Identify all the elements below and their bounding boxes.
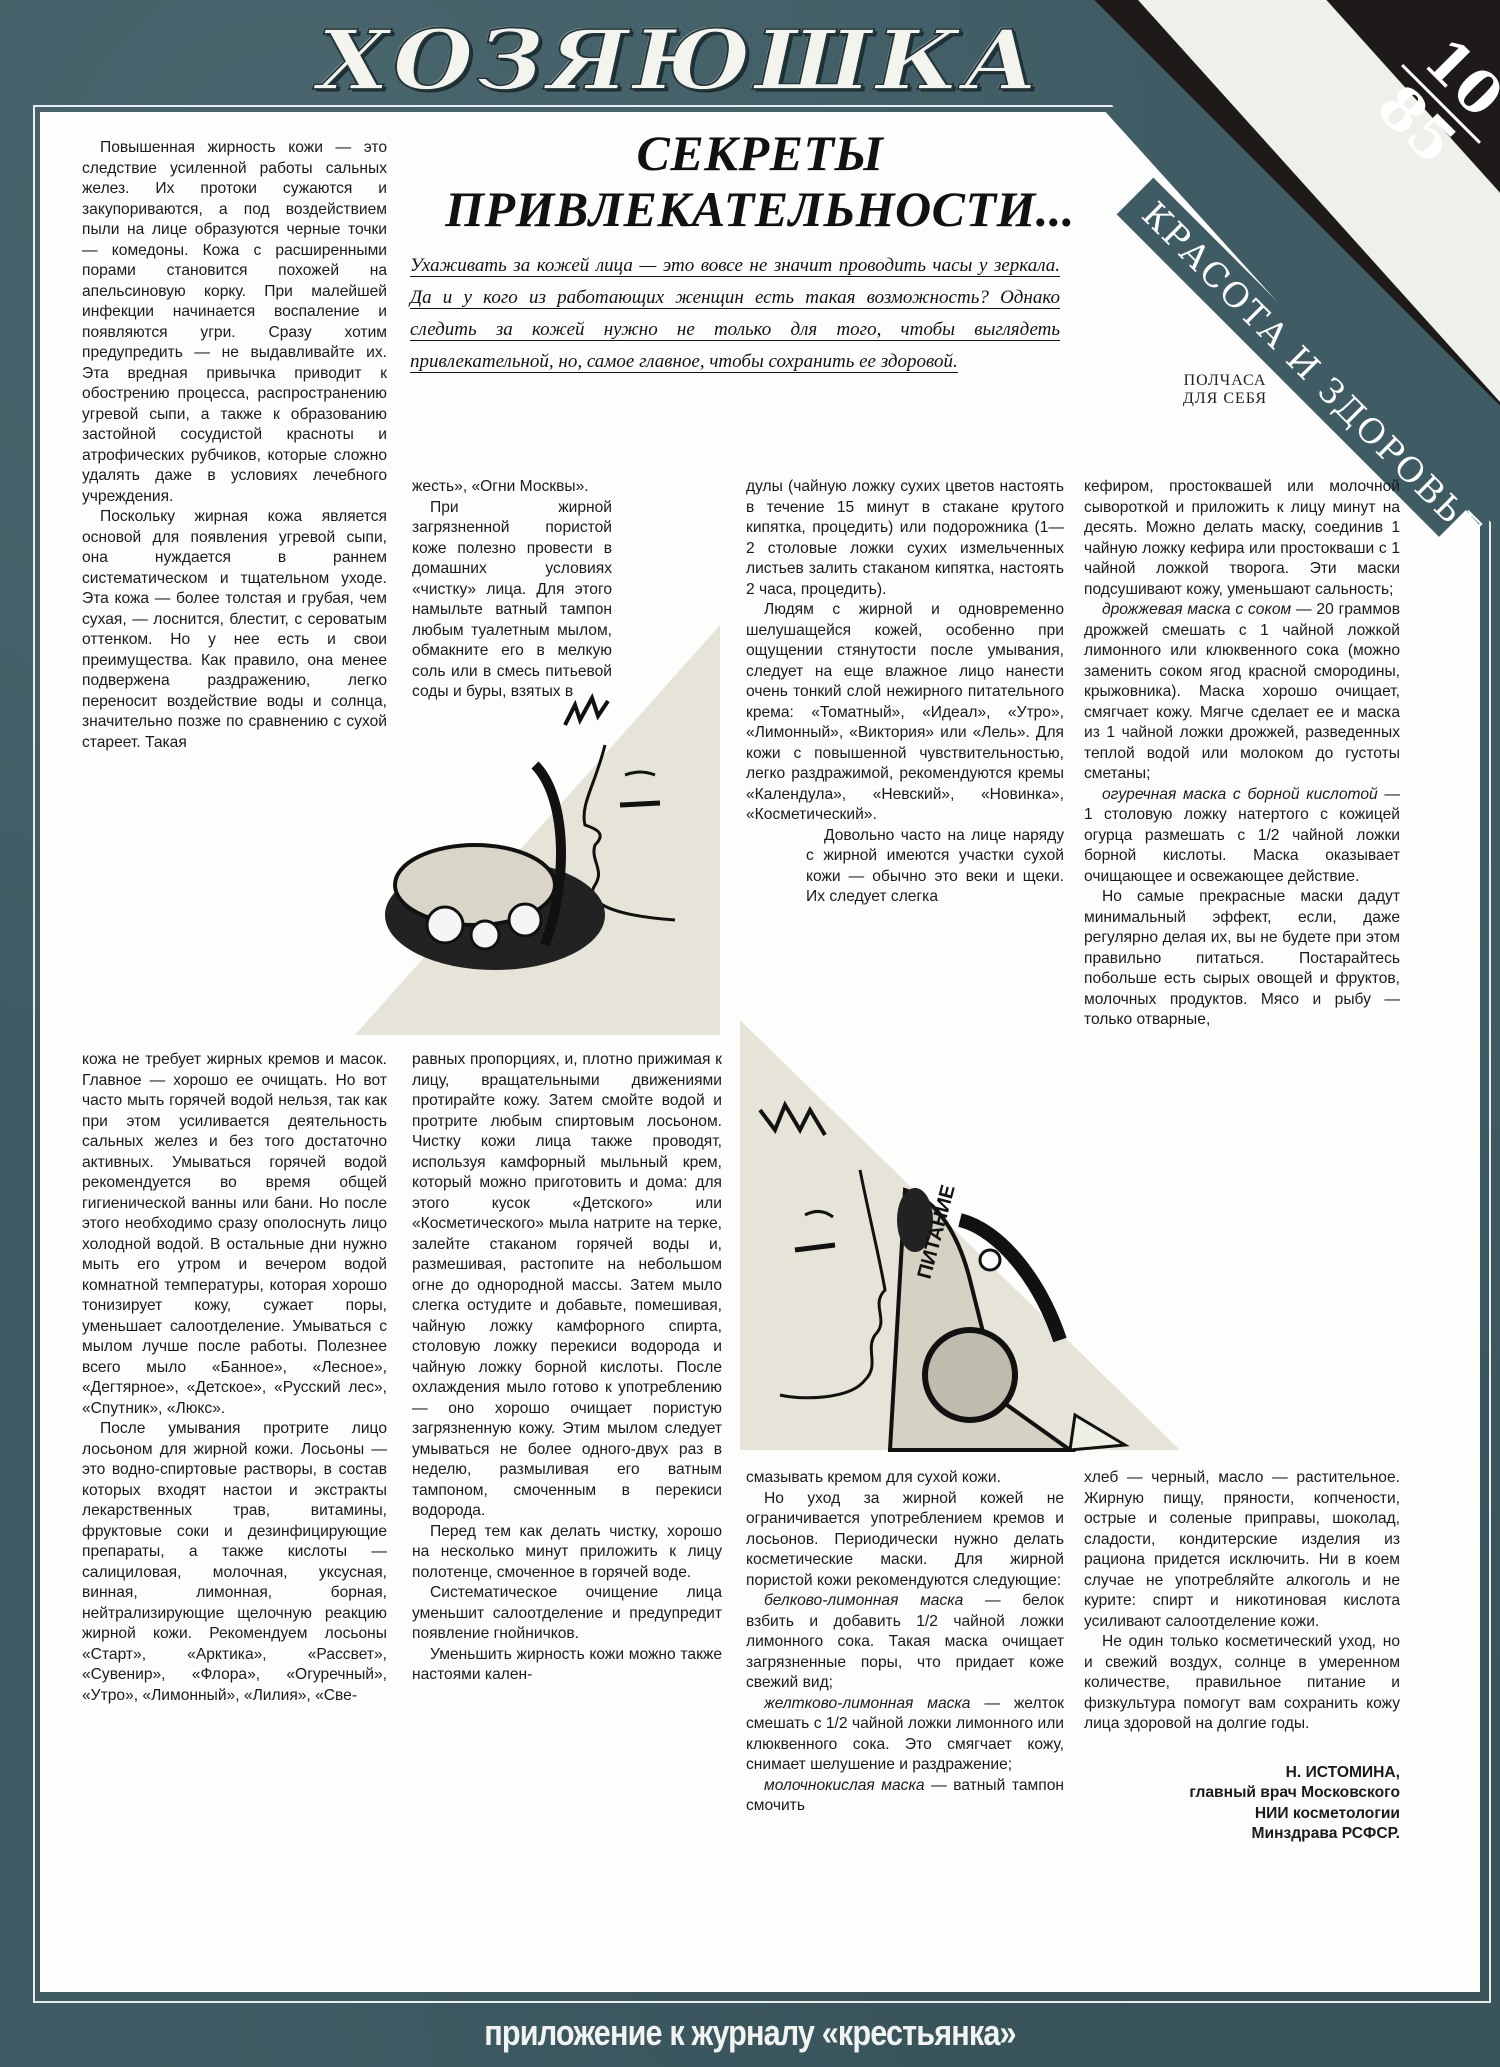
paragraph: кожа не требует жирных кремов и масок. Г… bbox=[82, 1050, 387, 1419]
article-lead: Ухаживать за кожей лица — это вовсе не з… bbox=[410, 250, 1060, 378]
footer-supplement-line: приложение к журналу «крестьянка» bbox=[113, 2012, 1388, 2054]
paragraph: Систематическое очищение лица уменьшит с… bbox=[412, 1583, 722, 1645]
mask-name: белково-лимонная маска bbox=[764, 1592, 963, 1609]
kicker: ПОЛЧАСА ДЛЯ СЕБЯ bbox=[1170, 372, 1280, 408]
paragraph: кефиром, простоквашей или молочной сывор… bbox=[1084, 477, 1400, 600]
headline: СЕКРЕТЫ ПРИВЛЕКАТЕЛЬНОСТИ... bbox=[400, 125, 1120, 237]
column-2-top: жесть», «Огни Москвы». При жирной загряз… bbox=[412, 477, 722, 703]
kicker-line-1: ПОЛЧАСА bbox=[1170, 372, 1280, 390]
kicker-line-2: ДЛЯ СЕБЯ bbox=[1170, 390, 1280, 408]
paragraph: дулы (чайную ложку сухих цветов настоять… bbox=[746, 477, 1064, 600]
paragraph: жесть», «Огни Москвы». bbox=[412, 477, 722, 498]
illustration-bottom: ПИТАНИЕ bbox=[740, 1020, 1180, 1460]
paragraph: хлеб — черный, масло — растительное. Жир… bbox=[1084, 1468, 1400, 1632]
author-name: Н. ИСТОМИНА, bbox=[1084, 1763, 1400, 1784]
author-title-2: НИИ косметологии bbox=[1084, 1804, 1400, 1825]
paragraph: Уменьшить жирность кожи можно также наст… bbox=[412, 1645, 722, 1686]
mask-name: молочнокислая маска bbox=[764, 1777, 925, 1794]
paragraph-italic-lead: желтково-лимонная маска — желток смешать… bbox=[746, 1694, 1064, 1776]
paragraph: Но самые прекрасные маски дадут минималь… bbox=[1084, 887, 1400, 1031]
author-title-1: главный врач Московского bbox=[1084, 1783, 1400, 1804]
paragraph: Поскольку жирная кожа является основой д… bbox=[82, 507, 387, 753]
lead-text: Ухаживать за кожей лица — это вовсе не з… bbox=[410, 255, 1060, 373]
paragraph: Довольно часто на лице наряду с жирной и… bbox=[746, 826, 1064, 908]
column-3-bottom: смазывать кремом для сухой кожи. Но уход… bbox=[746, 1468, 1064, 1817]
paragraph: Людям с жирной и одновременно шелушащейс… bbox=[746, 600, 1064, 826]
masthead: ХОЗЯЮШКА bbox=[290, 10, 1070, 110]
column-2-bottom: равных пропорциях, и, плотно прижимая к … bbox=[412, 1050, 722, 1686]
paragraph-italic-lead: молочнокислая маска — ватный тампон смоч… bbox=[746, 1776, 1064, 1817]
paragraph: Но уход за жирной кожей не ограничиваетс… bbox=[746, 1489, 1064, 1592]
column-4-bottom: хлеб — черный, масло — растительное. Жир… bbox=[1084, 1468, 1400, 1845]
paragraph-italic-lead: белково-лимонная маска — белок взбить и … bbox=[746, 1591, 1064, 1694]
headline-line-1: СЕКРЕТЫ bbox=[400, 125, 1120, 181]
paragraph-italic-lead: огуречная маска с борной кислотой — 1 ст… bbox=[1084, 785, 1400, 888]
paragraph-italic-lead: дрожжевая маска с соком — 20 граммов дро… bbox=[1084, 600, 1400, 785]
mask-name: желтково-лимонная маска bbox=[764, 1695, 970, 1712]
mask-name: огуречная маска с борной кислотой bbox=[1102, 786, 1378, 803]
paragraph: Не один только косметический уход, но и … bbox=[1084, 1632, 1400, 1735]
author-title-3: Минздрава РСФСР. bbox=[1084, 1824, 1400, 1845]
paragraph: При жирной загрязненной пористой коже по… bbox=[412, 498, 612, 703]
mask-name: дрожжевая маска с соком bbox=[1102, 601, 1291, 618]
paragraph: равных пропорциях, и, плотно прижимая к … bbox=[412, 1050, 722, 1522]
headline-line-2: ПРИВЛЕКАТЕЛЬНОСТИ... bbox=[400, 181, 1120, 237]
paragraph: Перед тем как делать чистку, хорошо на н… bbox=[412, 1522, 722, 1584]
paragraph: После умывания протрите лицо лосьоном дл… bbox=[82, 1419, 387, 1706]
column-1-bottom: кожа не требует жирных кремов и масок. Г… bbox=[82, 1050, 387, 1706]
paragraph: Повышенная жирность кожи — это следствие… bbox=[82, 138, 387, 507]
column-4-top: кефиром, простоквашей или молочной сывор… bbox=[1084, 477, 1400, 1031]
column-1-top: Повышенная жирность кожи — это следствие… bbox=[82, 138, 387, 753]
masthead-title: ХОЗЯЮШКА bbox=[318, 11, 1043, 108]
column-3-top: дулы (чайную ложку сухих цветов настоять… bbox=[746, 477, 1064, 908]
author-signature: Н. ИСТОМИНА, главный врач Московского НИ… bbox=[1084, 1763, 1400, 1845]
paragraph: смазывать кремом для сухой кожи. bbox=[746, 1468, 1064, 1489]
